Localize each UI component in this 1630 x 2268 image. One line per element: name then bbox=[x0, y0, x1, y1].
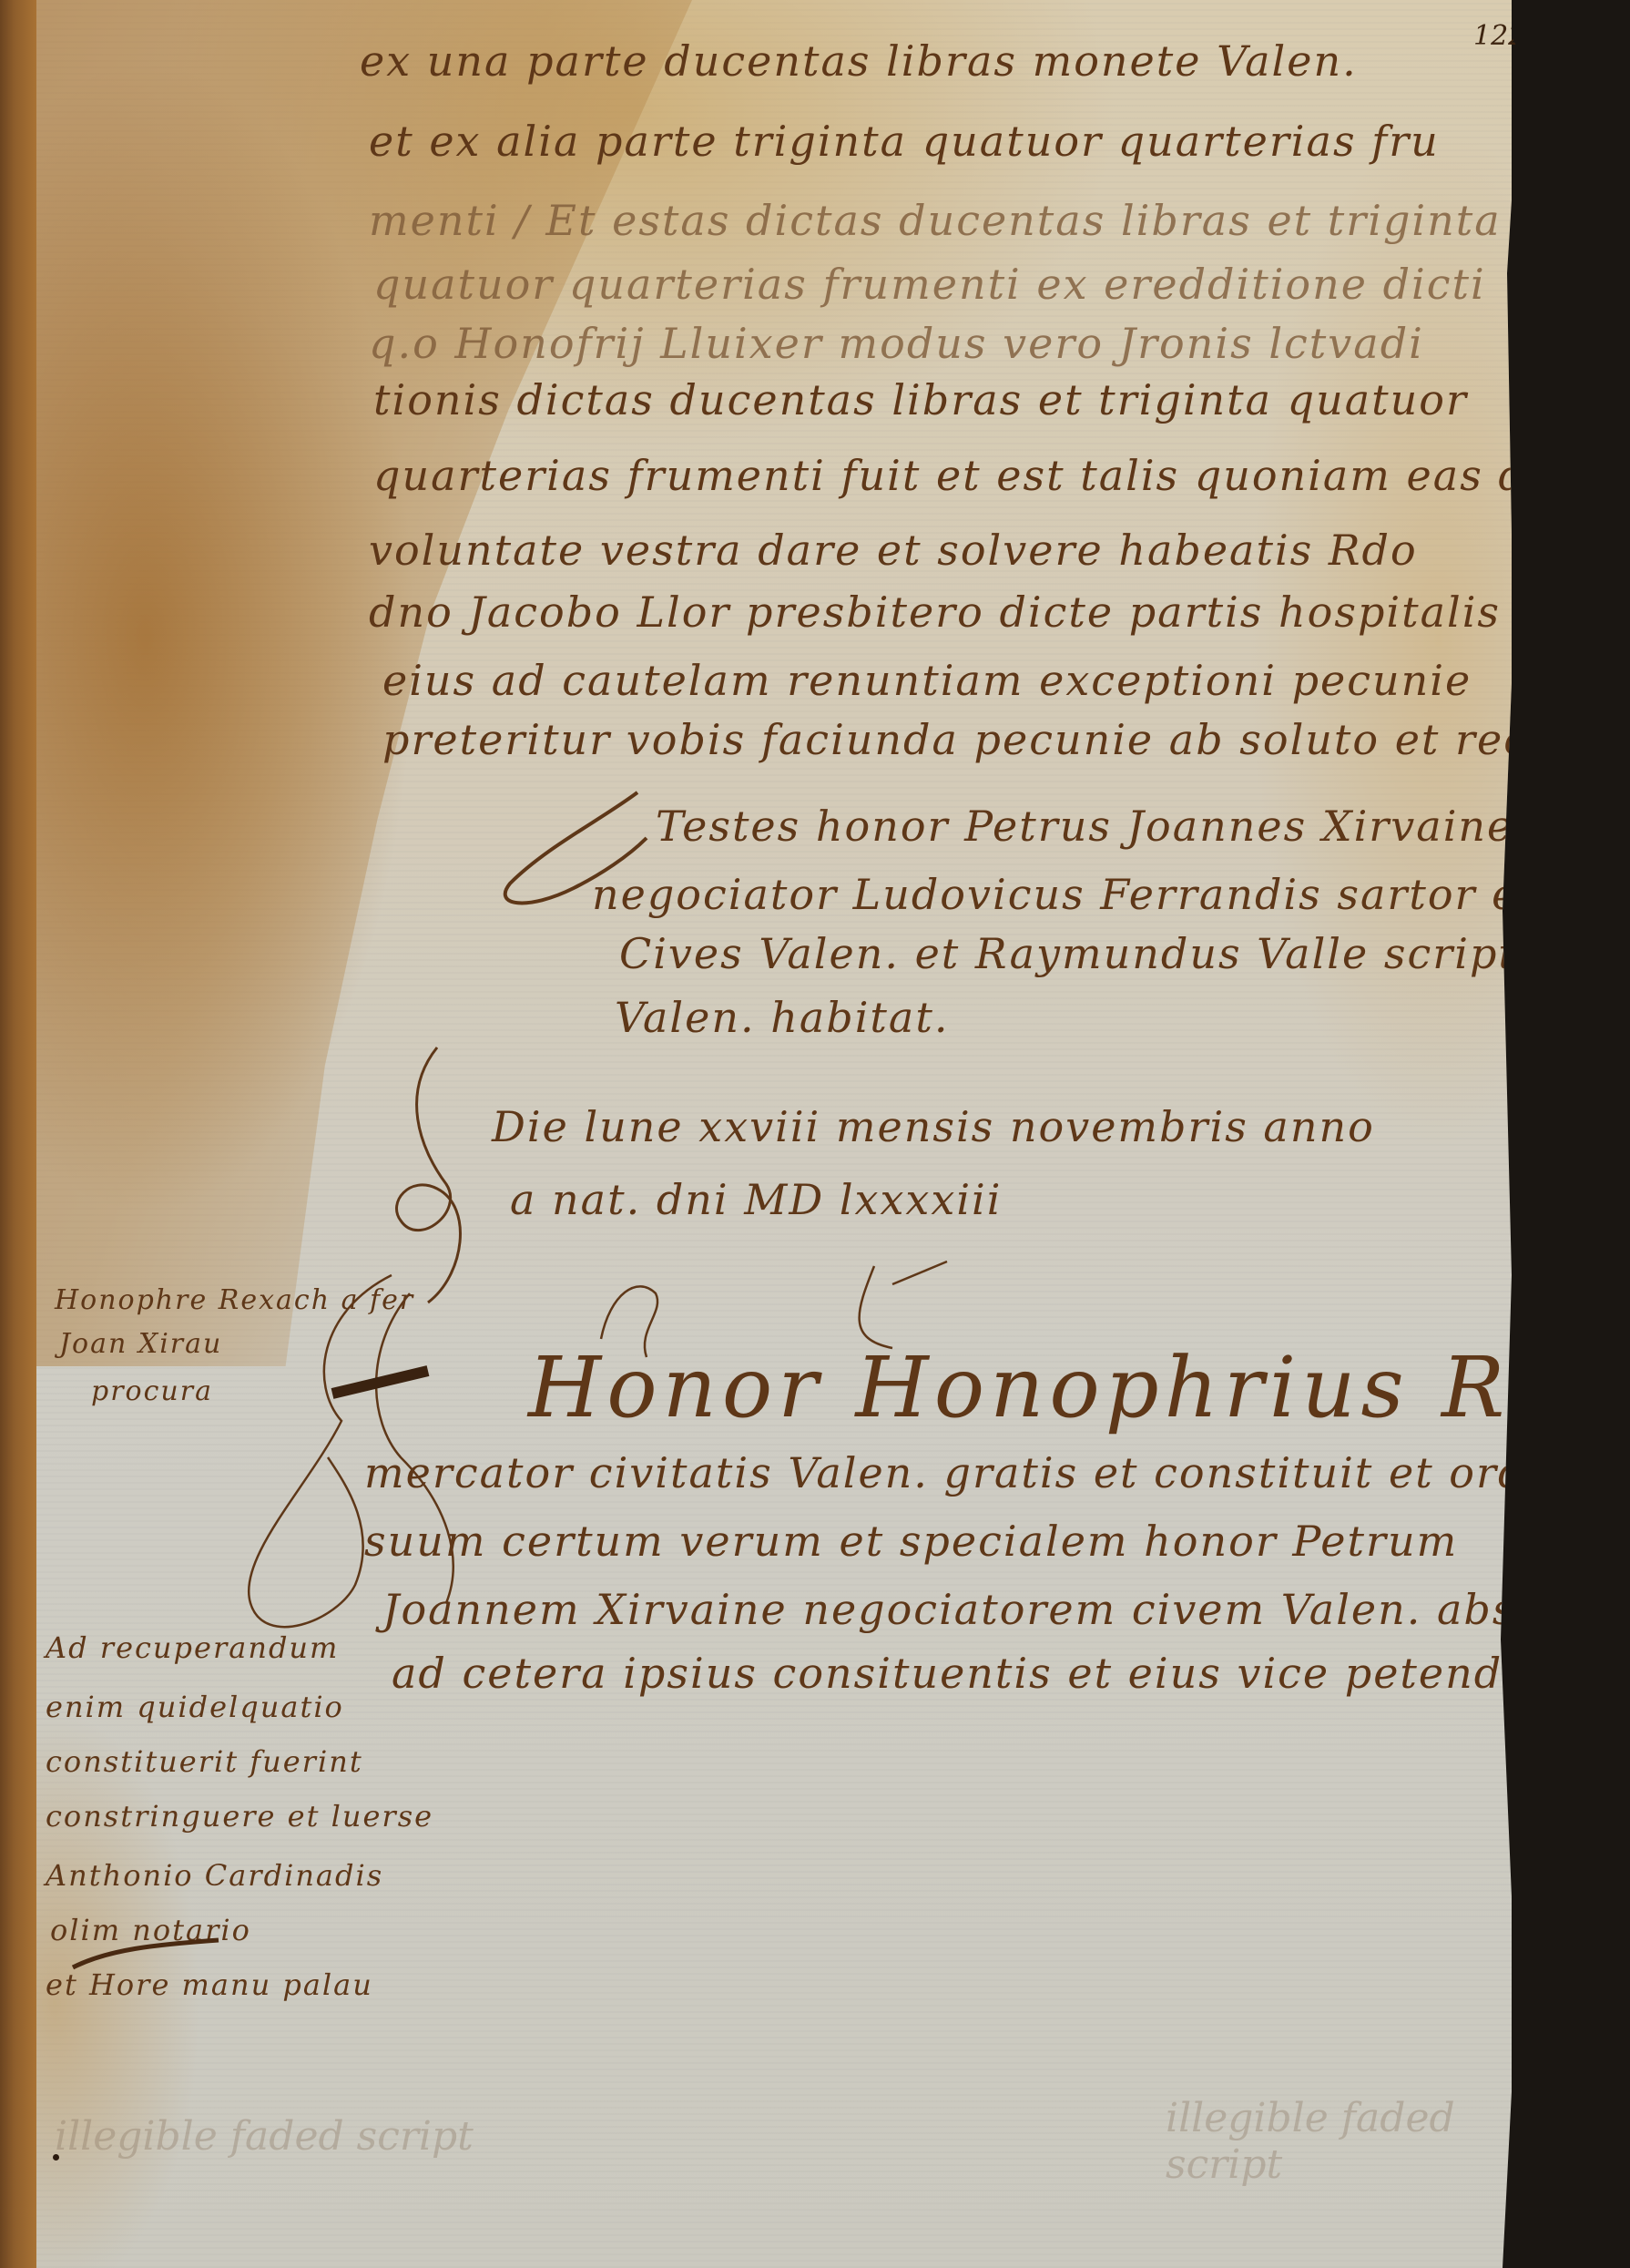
text-line: et ex alia parte triginta quatuor quarte… bbox=[369, 117, 1440, 166]
act-line: ad cetera ipsius consituentis et eius vi… bbox=[392, 1649, 1573, 1698]
act-line: mercator civitatis Valen. gratis et cons… bbox=[364, 1448, 1630, 1497]
margin-line: constringuere et luerse bbox=[46, 1799, 433, 1834]
witness-line: Cives Valen. et Raymundus Valle scriptor bbox=[619, 929, 1566, 978]
witness-line: Testes honor Petrus Joannes Xirvaine bbox=[656, 802, 1513, 851]
binding-gutter bbox=[0, 0, 36, 2268]
faded-script-left: illegible faded script bbox=[55, 2113, 474, 2160]
text-line: quatuor quarterias frumenti ex eredditio… bbox=[373, 260, 1486, 309]
witness-line: negociator Ludovicus Ferrandis sartor et… bbox=[592, 870, 1630, 919]
ink-dot bbox=[53, 2154, 59, 2161]
strike-through-icon bbox=[64, 1931, 228, 1977]
act-line: Joannem Xirvaine negociatorem civem Vale… bbox=[382, 1585, 1630, 1634]
margin-line: Anthonio Cardinadis bbox=[46, 1858, 383, 1893]
text-line: ex una parte ducentas libras monete Vale… bbox=[360, 36, 1358, 86]
margin-line: Ad recuperandum bbox=[46, 1630, 339, 1665]
text-line: eius ad cautelam renuntiam exceptioni pe… bbox=[382, 656, 1472, 705]
text-line: menti / Et estas dictas ducentas libras … bbox=[369, 196, 1502, 245]
witness-line: Valen. habitat. bbox=[615, 993, 949, 1042]
act-line: suum certum verum et specialem honor Pet… bbox=[364, 1517, 1458, 1566]
text-line: quarterias frumenti fuit et est talis qu… bbox=[373, 451, 1554, 500]
date-line: Die lune xxviii mensis novembris anno bbox=[492, 1102, 1375, 1151]
text-line: voluntate vestra dare et solvere habeati… bbox=[369, 526, 1418, 575]
act-heading: Honor Honophrius Rexach bbox=[528, 1339, 1630, 1436]
margin-line: constituerit fuerint bbox=[46, 1744, 363, 1779]
text-line: dno Jacobo Llor presbitero dicte partis … bbox=[369, 587, 1561, 637]
folio-number: 122 bbox=[1473, 20, 1525, 52]
text-line: preteritur vobis faciunda pecunie ab sol… bbox=[382, 715, 1630, 764]
text-line: tionis dictas ducentas libras et trigint… bbox=[373, 375, 1468, 424]
text-line: q.o Honofrij Lluixer modus vero Jronis l… bbox=[369, 319, 1424, 368]
manuscript-page: 122 ex una parte ducentas libras monete … bbox=[0, 0, 1512, 2268]
faded-script-right: illegible faded script bbox=[1166, 2095, 1512, 2188]
date-line: a nat. dni MD lxxxxiii bbox=[510, 1175, 1002, 1224]
margin-line: enim quidelquatio bbox=[46, 1690, 344, 1724]
